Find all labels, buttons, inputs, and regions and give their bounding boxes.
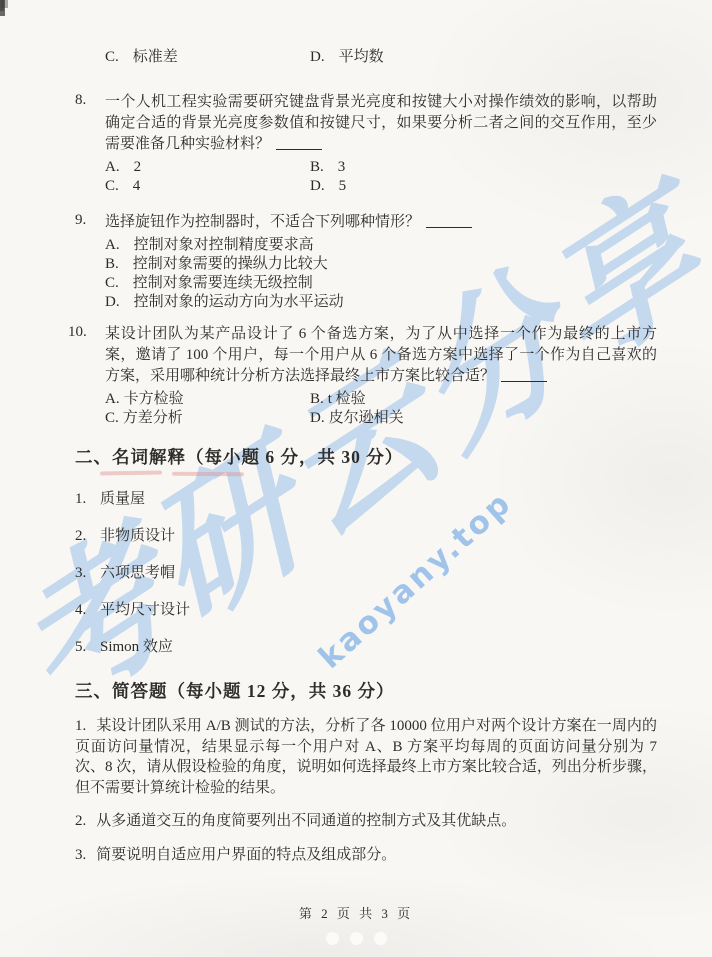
- term-item: 1. 质量屋: [75, 489, 657, 510]
- option-label: B.: [310, 390, 324, 409]
- option-text: 控制对象对控制精度要求高: [134, 236, 314, 255]
- page-indicator-dot[interactable]: [374, 932, 387, 945]
- option-text: 2: [134, 158, 142, 177]
- option-text: 平均数: [339, 46, 384, 68]
- short-answer-3: 3.简要说明自适应用户界面的特点及组成部分。: [75, 845, 657, 866]
- question-text: 选择旋钮作为控制器时，不适合下列哪种情形？: [105, 212, 657, 233]
- term-item: 2. 非物质设计: [75, 526, 657, 547]
- option: C. 标准差: [105, 46, 310, 68]
- option: D. 平均数: [310, 46, 515, 68]
- term-text: 质量屋: [100, 489, 145, 510]
- option-label: B.: [310, 158, 324, 177]
- term-text: 非物质设计: [100, 526, 175, 547]
- short-answer-2: 2.从多通道交互的角度简要列出不同通道的控制方式及其优缺点。: [75, 811, 657, 832]
- section2-heading: 二、名词解释（每小题 6 分，共 30 分）: [75, 444, 657, 469]
- term-number: 3.: [75, 563, 100, 584]
- term-text: 平均尺寸设计: [100, 600, 190, 621]
- question-number: 9.: [75, 212, 105, 312]
- item-text: 某设计团队采用 A/B 测试的方法，分析了各 10000 位用户对两个设计方案在…: [75, 718, 657, 796]
- option: D. 控制对象的运动方向为水平运动: [105, 293, 657, 312]
- option-text: 皮尔逊相关: [329, 409, 404, 428]
- section2-items: 1. 质量屋 2. 非物质设计 3. 六项思考帽 4. 平均尺寸设计 5. Si…: [75, 489, 657, 658]
- question-8: 8. 一个人机工程实验需要研究键盘背景光亮度和按键大小对操作绩效的影响，以帮助确…: [75, 92, 657, 196]
- option-label: C.: [105, 274, 119, 293]
- term-item: 3. 六项思考帽: [75, 563, 657, 584]
- option-text: t 检验: [328, 390, 366, 409]
- options: A. 2 B. 3 C. 4 D. 5: [105, 158, 657, 196]
- scanned-exam-page: 考研云分享 kaoyany.top C. 标准差 D. 平均数 8. 一个人机工…: [0, 0, 712, 957]
- page-indicator: [0, 932, 712, 945]
- option-text: 3: [338, 158, 346, 177]
- question-text: 某设计团队为某产品设计了 6 个备选方案，为了从中选择一个作为最终的上市方案，邀…: [105, 324, 657, 387]
- page-content: C. 标准差 D. 平均数 8. 一个人机工程实验需要研究键盘背景光亮度和按键大…: [75, 46, 657, 865]
- option: D. 5: [310, 177, 657, 196]
- option: B. 3: [310, 158, 657, 177]
- term-number: 2.: [75, 526, 100, 547]
- item-text: 简要说明自适应用户界面的特点及组成部分。: [96, 847, 396, 863]
- option-text: 5: [339, 177, 347, 196]
- option-text: 控制对象的运动方向为水平运动: [134, 293, 344, 312]
- question-body: 某设计团队为某产品设计了 6 个备选方案，为了从中选择一个作为最终的上市方案，邀…: [105, 324, 657, 428]
- item-number: 3.: [75, 847, 86, 863]
- option: C. 4: [105, 177, 310, 196]
- term-number: 4.: [75, 600, 100, 621]
- option-label: D.: [310, 409, 325, 428]
- option-label: C.: [105, 409, 119, 428]
- option: A. 控制对象对控制精度要求高: [105, 236, 657, 255]
- question-text-content: 选择旋钮作为控制器时，不适合下列哪种情形？: [105, 214, 420, 230]
- question-body: 一个人机工程实验需要研究键盘背景光亮度和按键大小对操作绩效的影响，以帮助确定合适…: [105, 92, 657, 196]
- answer-blank: [426, 226, 472, 228]
- short-answer-1: 1.某设计团队采用 A/B 测试的方法，分析了各 10000 位用户对两个设计方…: [75, 716, 657, 798]
- option: C. 控制对象需要连续无级控制: [105, 274, 657, 293]
- question-number: 8.: [75, 92, 105, 196]
- term-item: 5. Simon 效应: [75, 637, 657, 658]
- term-number: 5.: [75, 637, 100, 658]
- option-text: 4: [133, 177, 141, 196]
- question-10: 10. 某设计团队为某产品设计了 6 个备选方案，为了从中选择一个作为最终的上市…: [75, 324, 657, 428]
- option-text: 控制对象需要的操纵力比较大: [133, 255, 328, 274]
- option: C. 方差分析: [105, 409, 310, 428]
- option-label: C.: [105, 46, 119, 68]
- option: D. 皮尔逊相关: [310, 409, 657, 428]
- page-indicator-dot[interactable]: [350, 932, 363, 945]
- option-text: 标准差: [133, 46, 178, 68]
- carryover-options-row: C. 标准差 D. 平均数: [105, 46, 657, 68]
- question-text-content: 一个人机工程实验需要研究键盘背景光亮度和按键大小对操作绩效的影响，以帮助确定合适…: [105, 94, 657, 152]
- answer-blank: [501, 380, 547, 382]
- page-number-footer: 第 2 页 共 3 页: [0, 903, 712, 922]
- term-number: 1.: [75, 489, 100, 510]
- red-pen-mark: [172, 472, 244, 477]
- options: A. 卡方检验 B. t 检验 C. 方差分析 D. 皮尔逊相关: [105, 390, 657, 428]
- term-text: Simon 效应: [100, 637, 173, 658]
- question-text-content: 某设计团队为某产品设计了 6 个备选方案，为了从中选择一个作为最终的上市方案，邀…: [105, 326, 657, 384]
- option-label: A.: [105, 158, 120, 177]
- scan-artifact: [1, 0, 8, 8]
- option-text: 方差分析: [123, 409, 183, 428]
- page-indicator-dot[interactable]: [326, 932, 339, 945]
- option-text: 控制对象需要连续无级控制: [133, 274, 313, 293]
- option: A. 卡方检验: [105, 390, 310, 409]
- option-label: C.: [105, 177, 119, 196]
- option: A. 2: [105, 158, 310, 177]
- term-item: 4. 平均尺寸设计: [75, 600, 657, 621]
- question-body: 选择旋钮作为控制器时，不适合下列哪种情形？ A. 控制对象对控制精度要求高 B.…: [105, 212, 657, 312]
- option: B. t 检验: [310, 390, 657, 409]
- item-text: 从多通道交互的角度简要列出不同通道的控制方式及其优缺点。: [96, 813, 516, 829]
- item-number: 1.: [75, 718, 86, 734]
- term-text: 六项思考帽: [100, 563, 175, 584]
- question-9: 9. 选择旋钮作为控制器时，不适合下列哪种情形？ A. 控制对象对控制精度要求高…: [75, 212, 657, 312]
- section3-heading: 三、简答题（每小题 12 分，共 36 分）: [75, 678, 657, 703]
- question-number: 10.: [68, 324, 105, 428]
- answer-blank: [276, 148, 322, 150]
- option-label: D.: [310, 177, 325, 196]
- option-label: B.: [105, 255, 119, 274]
- option-text: 卡方检验: [124, 390, 184, 409]
- option: B. 控制对象需要的操纵力比较大: [105, 255, 657, 274]
- option-label: A.: [105, 236, 120, 255]
- option-label: D.: [310, 46, 325, 68]
- item-number: 2.: [75, 813, 86, 829]
- option-label: A.: [105, 390, 120, 409]
- question-text: 一个人机工程实验需要研究键盘背景光亮度和按键大小对操作绩效的影响，以帮助确定合适…: [105, 92, 657, 155]
- options: A. 控制对象对控制精度要求高 B. 控制对象需要的操纵力比较大 C. 控制对象…: [105, 236, 657, 312]
- option-label: D.: [105, 293, 120, 312]
